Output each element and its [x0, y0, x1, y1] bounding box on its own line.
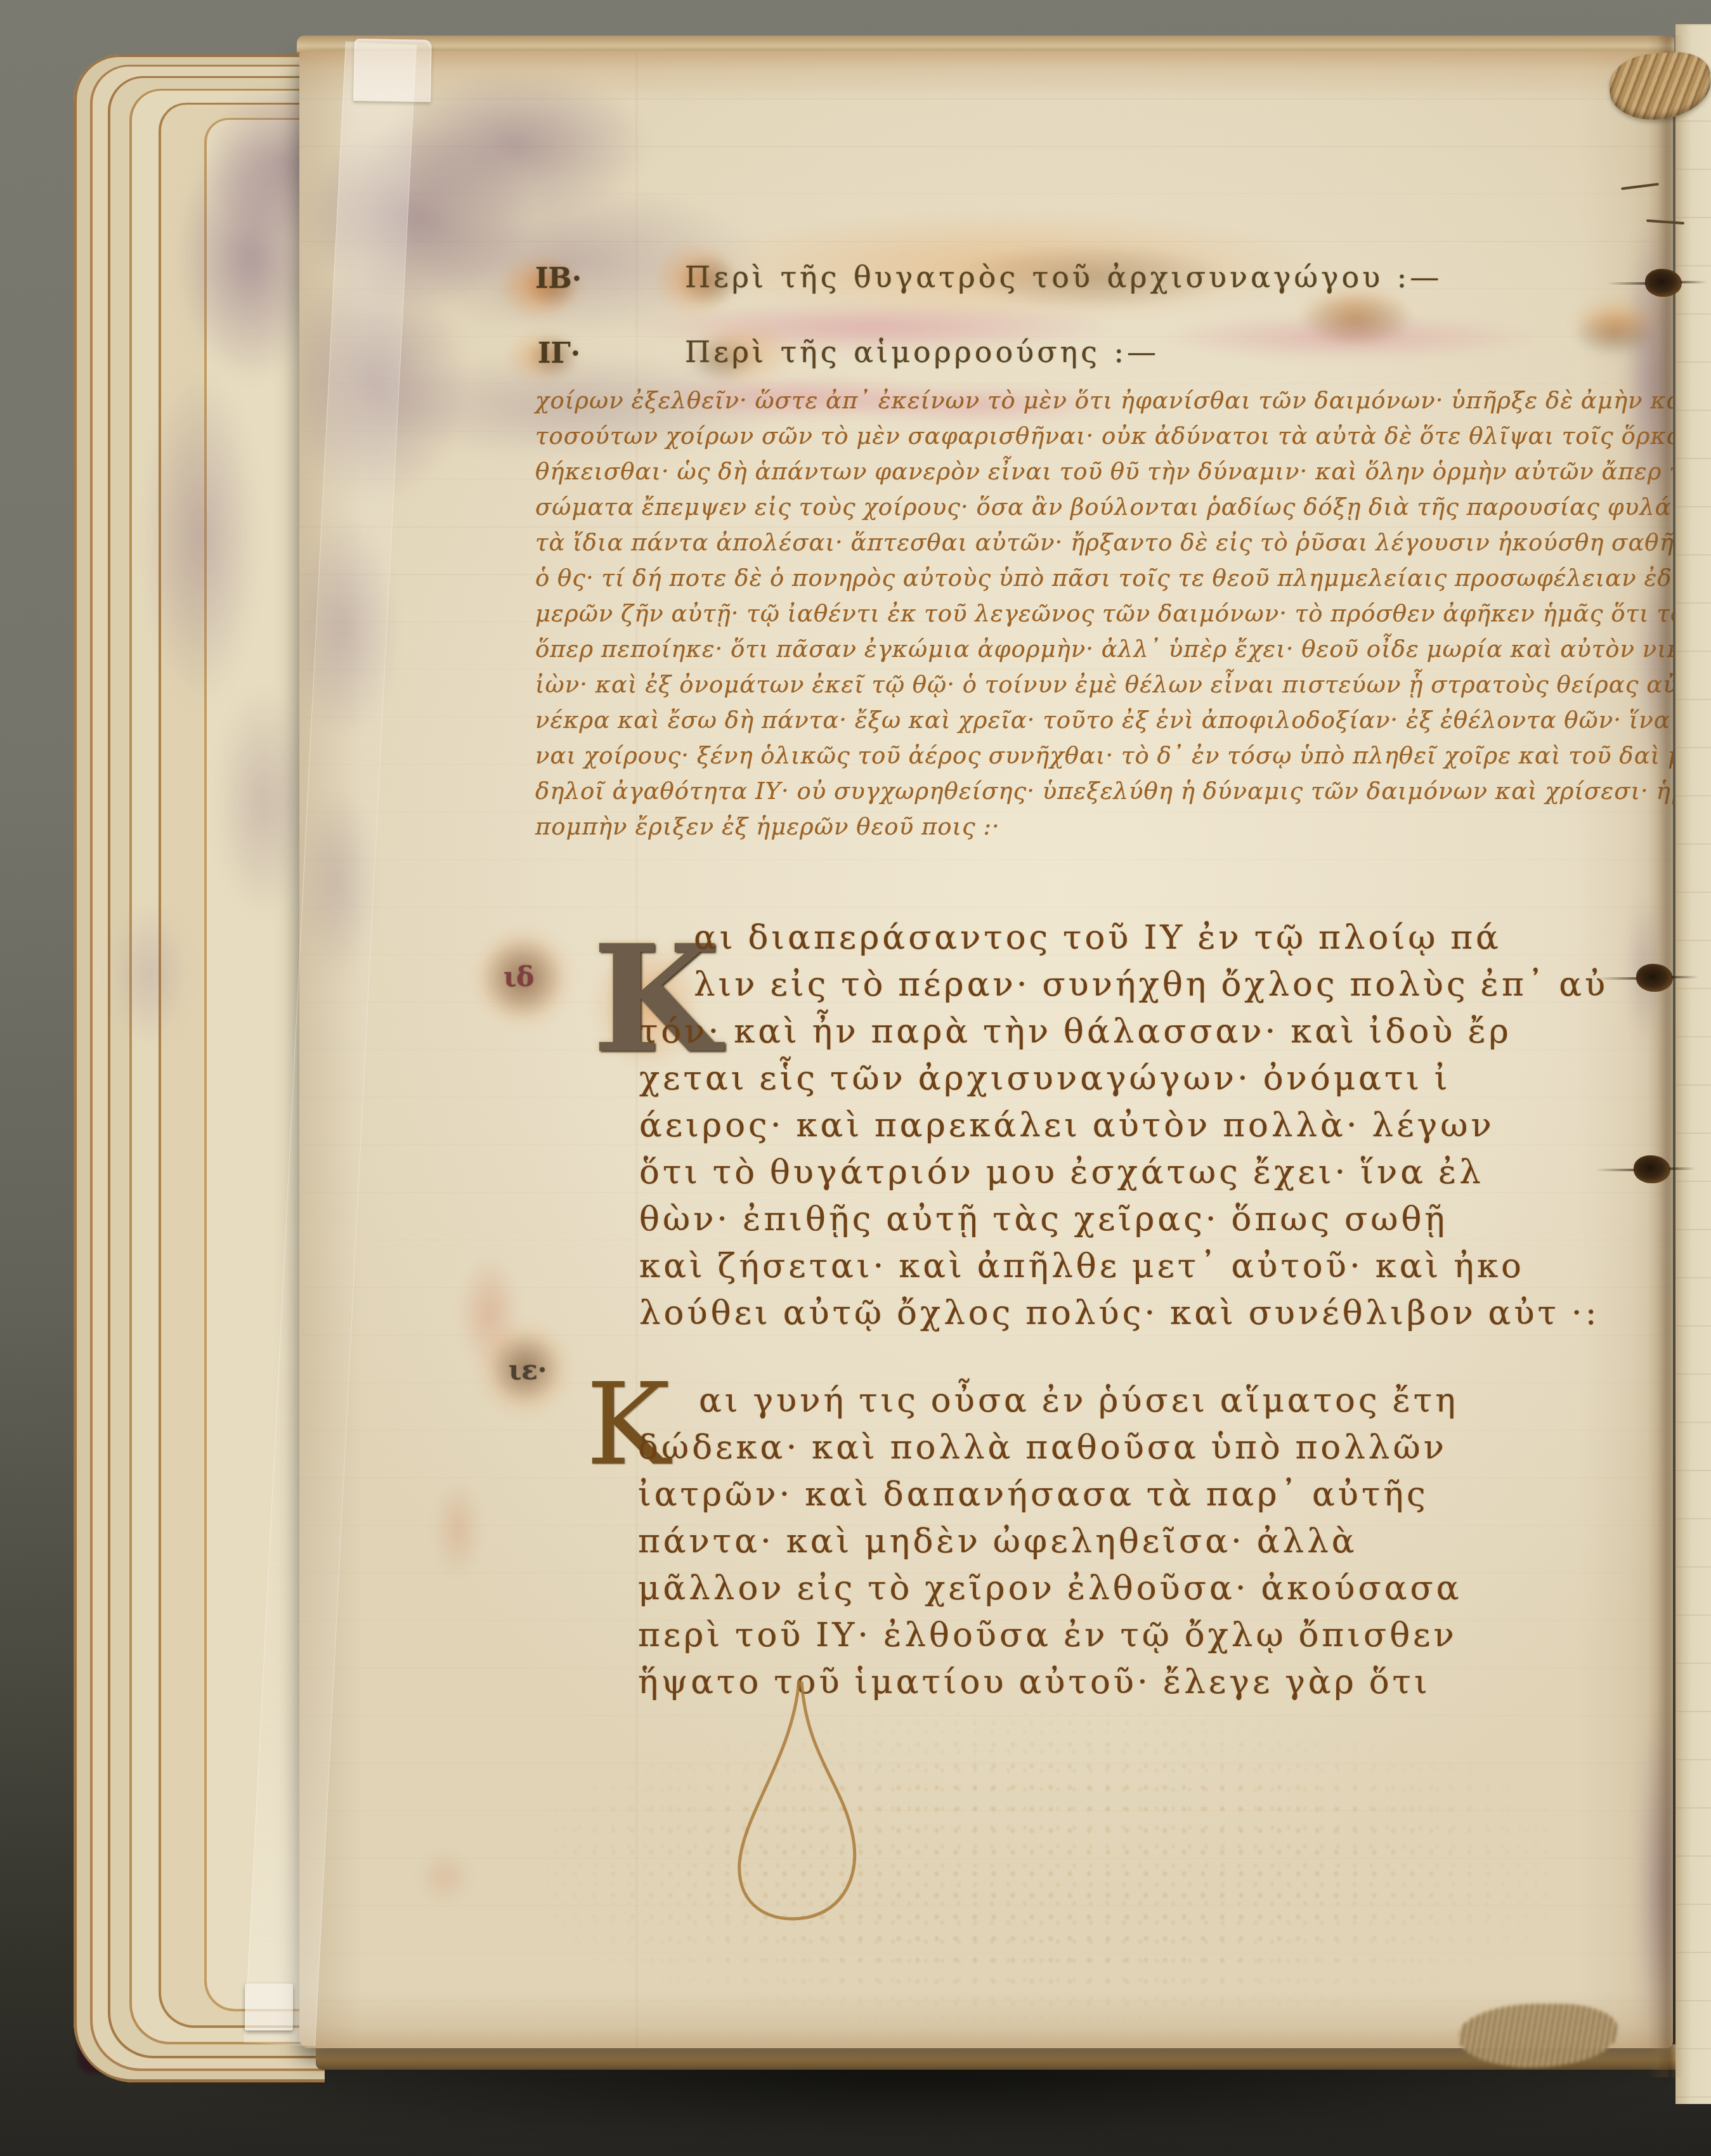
sewing-hole: [1634, 1155, 1670, 1183]
sewing-hole: [1636, 964, 1673, 992]
purple-stain-on-stack: [74, 55, 325, 1133]
sewing-hole: [1645, 269, 1682, 297]
gutter-fold-shadow: [1648, 36, 1683, 2077]
manuscript-photo: ΙΒ· Περὶ τῆς θυγατρὸς τοῦ ἀρχισυναγώγου …: [0, 0, 1711, 2156]
conservation-tape-top-fold: [353, 39, 432, 102]
pen-trial-teardrop-doodle: [299, 51, 1673, 2048]
conservation-tape-bottom-fold: [245, 1984, 293, 2030]
parchment-page: ΙΒ· Περὶ τῆς θυγατρὸς τοῦ ἀρχισυναγώγου …: [299, 51, 1673, 2048]
